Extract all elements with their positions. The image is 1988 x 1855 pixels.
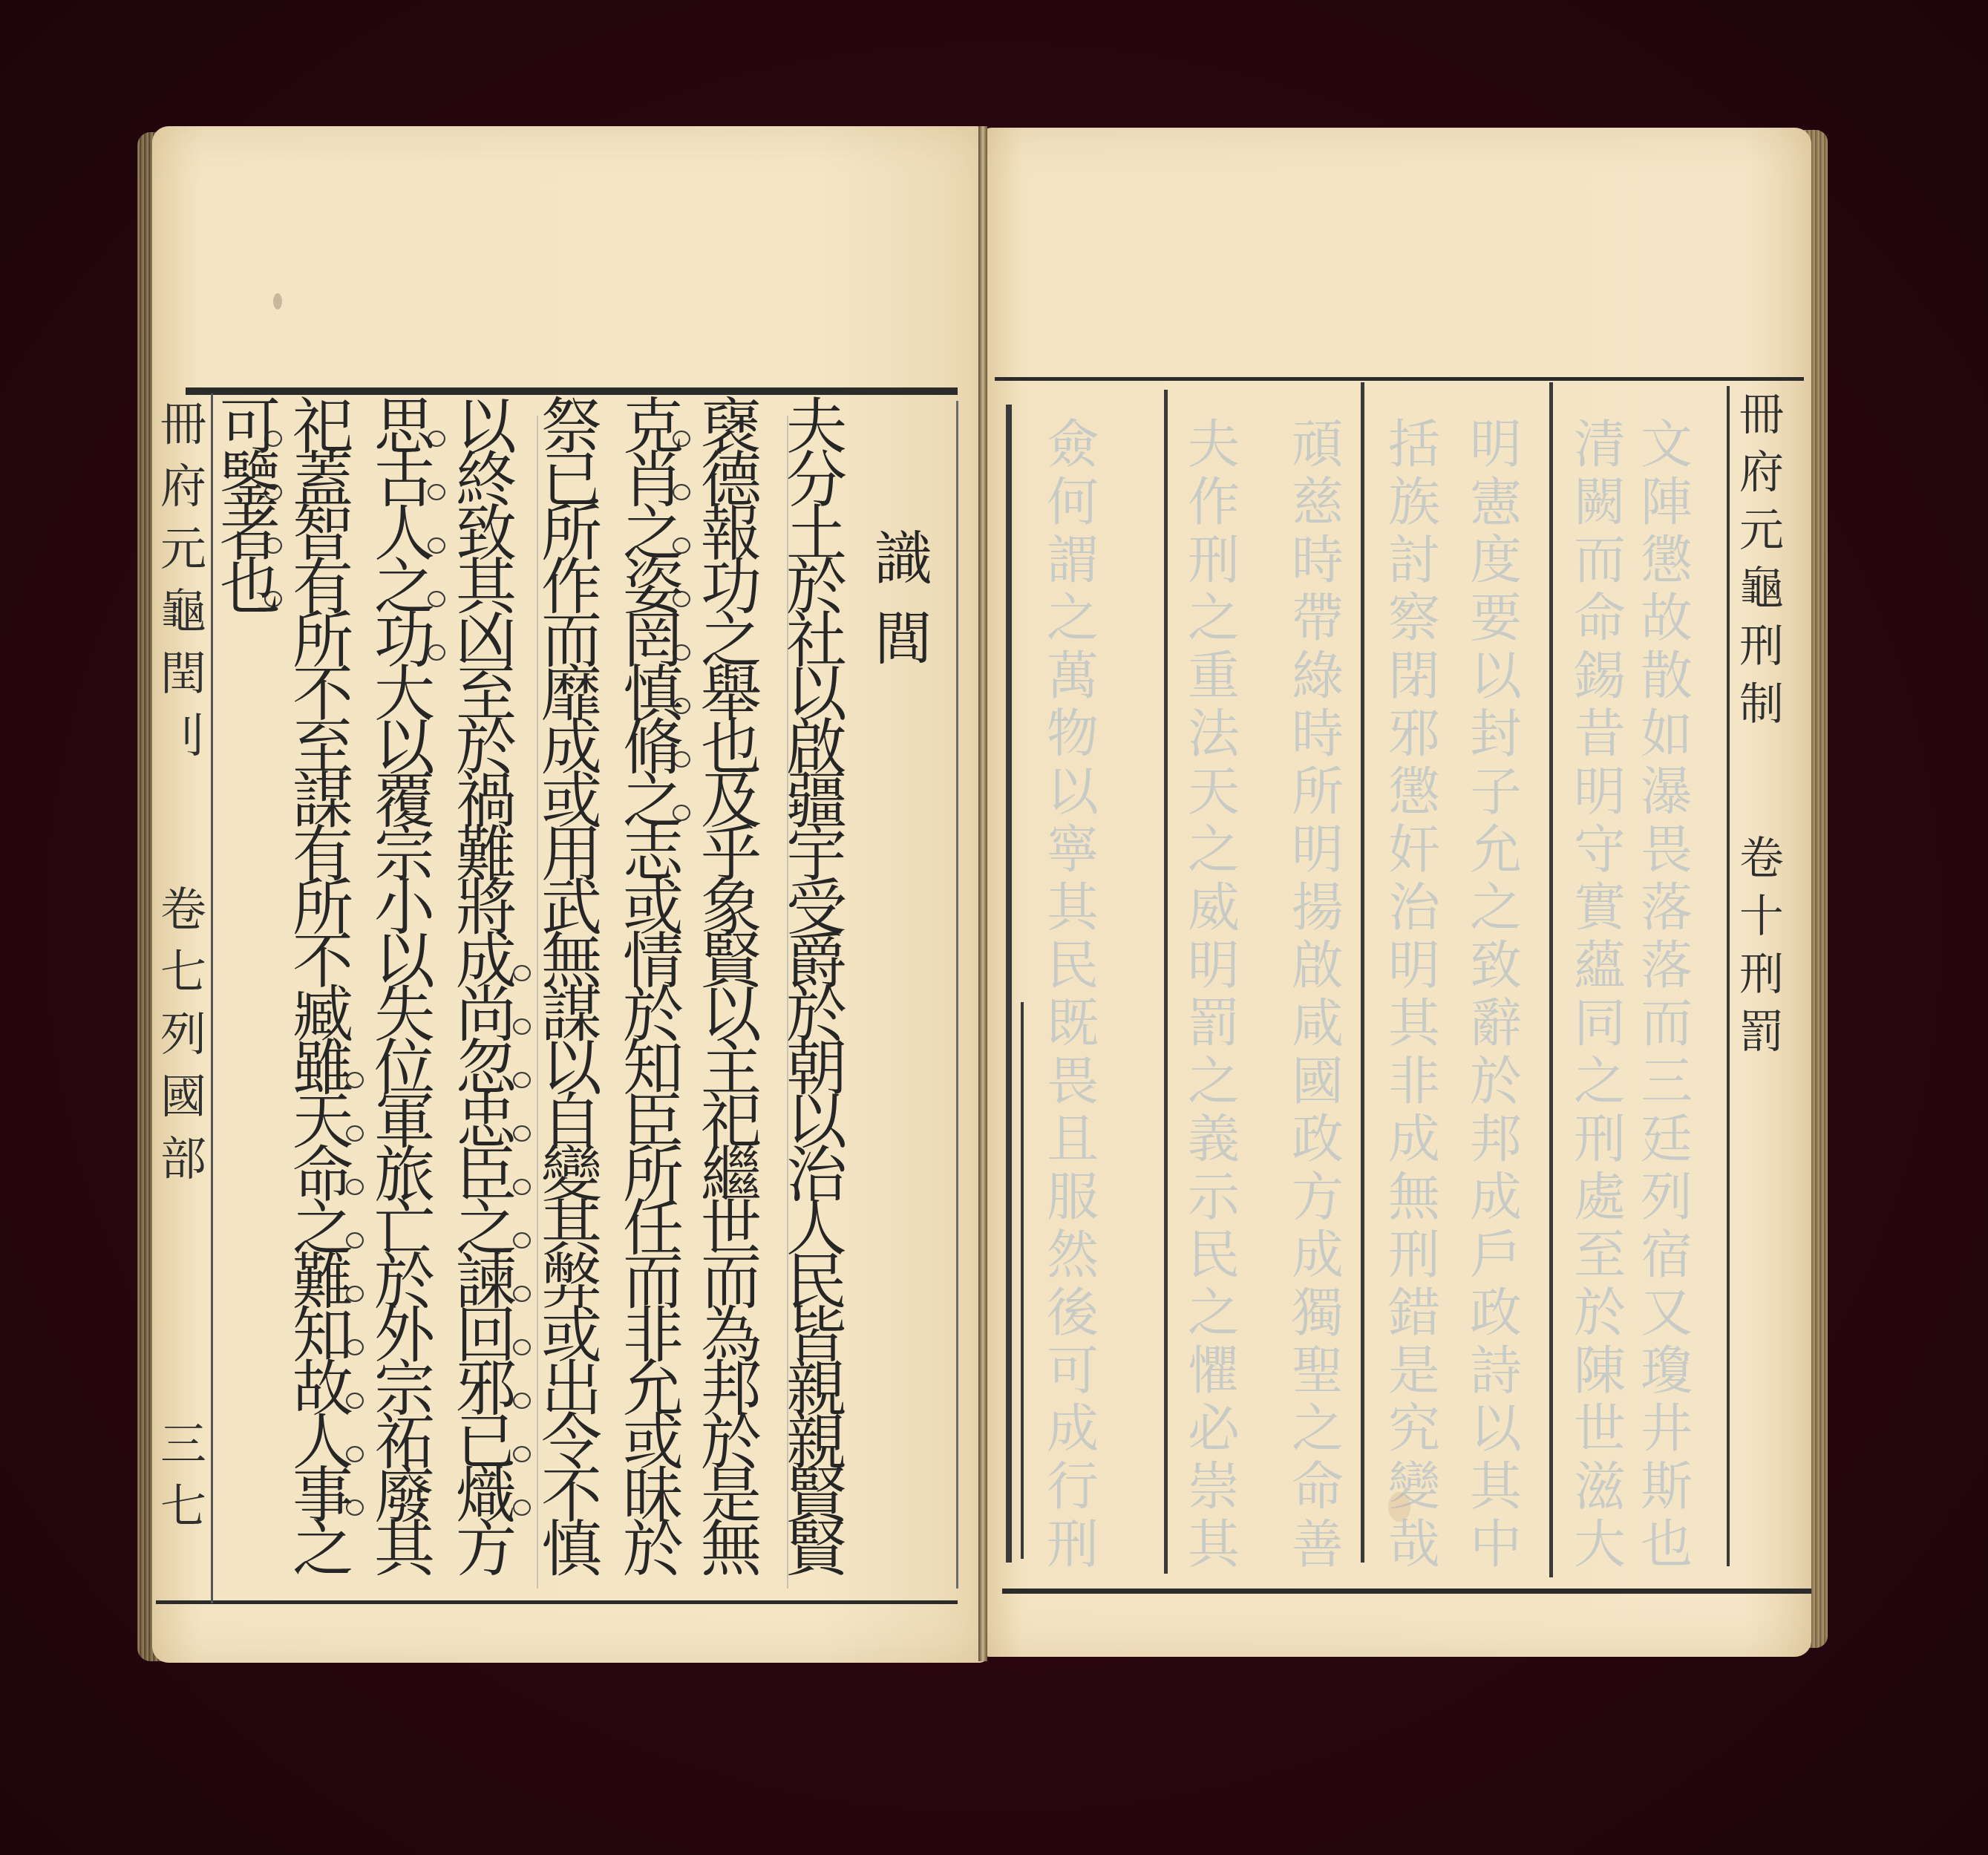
ghost-char: 至 (1566, 1226, 1633, 1284)
ghost-char: 非 (1381, 1053, 1448, 1110)
ghost-char: 度 (1462, 531, 1529, 589)
ghost-char: 寧 (1039, 821, 1106, 879)
ghost-char: 國 (1284, 1053, 1351, 1110)
ghost-char: 重 (1180, 647, 1247, 705)
ghost-char: 謂 (1039, 531, 1106, 589)
ghost-char: 畏 (1633, 821, 1700, 879)
ghost-char: 陣 (1633, 474, 1700, 531)
ghost-char: 其 (1039, 879, 1106, 937)
ghost-char: 憲 (1462, 474, 1529, 531)
heading-char: 識 (870, 520, 937, 600)
ghost-char: 成 (1039, 1400, 1106, 1458)
ghost-char: 之 (1180, 821, 1247, 879)
ghost-char: 哉 (1381, 1516, 1448, 1574)
ghost-char: 落 (1633, 879, 1700, 937)
ghost-char: 之 (1180, 1053, 1247, 1110)
ghost-char: 族 (1381, 474, 1448, 531)
right-column-rule (1006, 405, 1012, 1563)
left-column-rule (956, 401, 958, 1589)
ghost-char: 明 (1381, 937, 1448, 995)
ghost-char: 可 (1039, 1342, 1106, 1400)
margin-volume-char: 七 (157, 941, 209, 1004)
ghost-char: 大 (1566, 1516, 1633, 1574)
margin-section-char: 刑 (1737, 946, 1786, 1004)
ghost-char: 善 (1284, 1516, 1351, 1574)
ghost-char: 咸 (1284, 995, 1351, 1053)
ghost-char: 而 (1566, 531, 1633, 589)
text-column: 克肖之姿罔慎脩之志或情於知臣所任而非允或昧於 (620, 401, 687, 1577)
ghost-char: 畏 (1039, 1053, 1106, 1110)
margin-section-char: 部 (157, 1128, 209, 1191)
ghost-char: 邪 (1381, 705, 1448, 763)
text-char: 之 (290, 1523, 356, 1577)
right-column-rule (1164, 390, 1168, 1574)
paper-stain (1388, 1492, 1410, 1522)
ghost-char: 錫 (1566, 647, 1633, 705)
ghost-char: 其 (1381, 995, 1448, 1053)
ghost-char: 蘊 (1566, 937, 1633, 995)
ghost-char: 奸 (1381, 821, 1448, 879)
left-margin-rule (211, 393, 213, 1603)
ghost-char: 以 (1462, 647, 1529, 705)
ghost-char: 闕 (1566, 474, 1633, 531)
ghost-char: 刑 (1381, 1226, 1448, 1284)
ghost-char: 時 (1284, 705, 1351, 763)
bleed-through-column: 夫作刑之重法天之威明罰之義示民之懼必崇其 (1180, 416, 1247, 1574)
page-number-char: 七 (157, 1476, 209, 1538)
ghost-char: 於 (1566, 1284, 1633, 1342)
ghost-char: 夫 (1180, 416, 1247, 474)
ghost-char: 清 (1566, 416, 1633, 474)
ghost-char: 之 (1039, 589, 1106, 647)
ghost-char: 三 (1633, 1053, 1700, 1110)
right-column-rule (1021, 1002, 1024, 1559)
ghost-char: 瓊 (1633, 1342, 1700, 1400)
ghost-char: 同 (1566, 995, 1633, 1053)
ghost-char: 頑 (1284, 416, 1351, 474)
ghost-char: 所 (1284, 763, 1351, 821)
ghost-char: 之 (1180, 589, 1247, 647)
text-char: 其 (371, 1523, 438, 1577)
ghost-char: 法 (1180, 705, 1247, 763)
margin-title-char: 冊 (157, 393, 209, 456)
ghost-char: 如 (1633, 705, 1700, 763)
ghost-char: 命 (1566, 589, 1633, 647)
margin-volume-char: 卷 (1737, 830, 1786, 888)
left-frame-bottom (156, 1600, 958, 1604)
text-column: 以終致其凶至於禍難將成尚忽忠臣之諫回邪已熾方 (453, 401, 520, 1577)
margin-title-char: 龜 (1737, 560, 1786, 618)
bleed-through-column: 清闕而命錫昔明守實蘊同之刑處至於陳世滋大 (1566, 416, 1633, 1574)
ghost-char: 懼 (1180, 1342, 1247, 1400)
ghost-char: 然 (1039, 1226, 1106, 1284)
margin-title-char: 府 (157, 456, 209, 518)
ghost-char: 僉 (1039, 416, 1106, 474)
ghost-char: 滋 (1566, 1458, 1633, 1516)
ghost-char: 邦 (1462, 1110, 1529, 1168)
ghost-char: 井 (1633, 1400, 1700, 1458)
ghost-char: 帶 (1284, 589, 1351, 647)
ghost-char: 而 (1633, 995, 1700, 1053)
ghost-char: 刑 (1180, 531, 1247, 589)
ghost-char: 刑 (1039, 1516, 1106, 1574)
text-char: 賢 (783, 1523, 850, 1577)
ghost-char: 義 (1180, 1110, 1247, 1168)
ghost-char: 故 (1633, 589, 1700, 647)
margin-title-char: 元 (157, 518, 209, 580)
ghost-char: 明 (1462, 416, 1529, 474)
ghost-char: 致 (1462, 937, 1529, 995)
ghost-char: 其 (1462, 1458, 1529, 1516)
right-column-rule (1549, 382, 1553, 1577)
ghost-char: 落 (1633, 937, 1700, 995)
ghost-char: 明 (1180, 937, 1247, 995)
bleed-through-column: 頑慈時帶綠時所明揚啟咸國政方成獨聖之命善 (1284, 416, 1351, 1574)
section-heading: 識 閭 (870, 520, 937, 680)
ghost-char: 錯 (1381, 1284, 1448, 1342)
ghost-char: 括 (1381, 416, 1448, 474)
right-frame-top (995, 377, 1804, 381)
ghost-char: 世 (1566, 1400, 1633, 1458)
ghost-char: 無 (1381, 1168, 1448, 1226)
ghost-char: 於 (1462, 1053, 1529, 1110)
ghost-char: 實 (1566, 879, 1633, 937)
ghost-char: 揚 (1284, 879, 1351, 937)
ghost-char: 子 (1462, 763, 1529, 821)
ghost-char: 昔 (1566, 705, 1633, 763)
text-column: 可鑒者也 (217, 401, 284, 615)
text-column: 襃德報功之舉也及乎象賢以主祀繼世而為邦於是無 (698, 401, 765, 1577)
ghost-char: 其 (1180, 1516, 1247, 1574)
ghost-char: 綠 (1284, 647, 1351, 705)
page-number-char: 三 (157, 1413, 209, 1476)
bleed-through-column: 文陣懲故散如瀑畏落落而三廷列宿又瓊井斯也 (1633, 416, 1700, 1574)
text-char: 方 (453, 1523, 520, 1577)
book-gutter (978, 126, 987, 1661)
ghost-char: 以 (1039, 763, 1106, 821)
margin-section-char: 國 (157, 1066, 209, 1128)
margin-title-char: 龜 (157, 580, 209, 643)
ghost-char: 萬 (1039, 647, 1106, 705)
text-column: 思古人之功大以覆宗小以失位軍旅亡於外宗祏廢其 (371, 401, 438, 1577)
heading-char: 閭 (870, 600, 937, 680)
bleed-through-column: 明憲度要以封子允之致辭於邦成戶政詩以其中 (1462, 416, 1529, 1574)
ghost-char: 中 (1462, 1516, 1529, 1574)
margin-title-char: 制 (1737, 675, 1786, 733)
ghost-char: 命 (1284, 1458, 1351, 1516)
ghost-char: 行 (1039, 1458, 1106, 1516)
ghost-char: 明 (1284, 821, 1351, 879)
ghost-char: 之 (1462, 879, 1529, 937)
ghost-char: 詩 (1462, 1342, 1529, 1400)
margin-title-char: 刑 (1737, 618, 1786, 675)
ghost-char: 成 (1381, 1110, 1448, 1168)
ghost-char: 懲 (1381, 763, 1448, 821)
ghost-char: 也 (1633, 1516, 1700, 1574)
ghost-char: 威 (1180, 879, 1247, 937)
text-char: 於 (620, 1523, 687, 1577)
ghost-char: 之 (1180, 1284, 1247, 1342)
text-column: 祀蓋智有所不至謀有所不臧雖天命之難知故人事之 (290, 401, 356, 1577)
left-margin-column: 冊 府 元 龜 閏 刂 卷 七 列 國 部 三 七 (157, 393, 209, 1538)
right-column-rule (1361, 382, 1364, 1563)
bleed-through-column: 括族討察閉邪懲奸治明其非成無刑錯是究變哉 (1381, 416, 1448, 1574)
ghost-char: 廷 (1633, 1110, 1700, 1168)
ghost-char: 崇 (1180, 1458, 1247, 1516)
ghost-char: 察 (1381, 589, 1448, 647)
ghost-char: 物 (1039, 705, 1106, 763)
ghost-char: 守 (1566, 821, 1633, 879)
ghost-char: 陳 (1566, 1342, 1633, 1400)
ghost-char: 聖 (1284, 1342, 1351, 1400)
ghost-char: 要 (1462, 589, 1529, 647)
ghost-char: 瀑 (1633, 763, 1700, 821)
ghost-char: 是 (1381, 1342, 1448, 1400)
ghost-char: 治 (1381, 879, 1448, 937)
ghost-char: 戶 (1462, 1226, 1529, 1284)
ghost-char: 究 (1381, 1400, 1448, 1458)
text-char: 無 (698, 1523, 765, 1577)
ghost-char: 列 (1633, 1168, 1700, 1226)
ghost-char: 天 (1180, 763, 1247, 821)
ghost-char: 後 (1039, 1284, 1106, 1342)
ghost-char: 之 (1284, 1400, 1351, 1458)
ghost-char: 民 (1180, 1226, 1247, 1284)
ghost-char: 民 (1039, 937, 1106, 995)
text-char: 也 (217, 561, 284, 615)
ghost-char: 必 (1180, 1400, 1247, 1458)
ghost-char: 宿 (1633, 1226, 1700, 1284)
ghost-char: 辭 (1462, 995, 1529, 1053)
ghost-char: 獨 (1284, 1284, 1351, 1342)
margin-title-char: 閏 (157, 643, 209, 705)
text-char: 慎 (538, 1523, 605, 1577)
right-column-rule (1727, 386, 1730, 1566)
ghost-char: 時 (1284, 531, 1351, 589)
ghost-char: 封 (1462, 705, 1529, 763)
ghost-char: 斯 (1633, 1458, 1700, 1516)
margin-section-char: 列 (157, 1004, 209, 1066)
ghost-char: 作 (1180, 474, 1247, 531)
ghost-char: 散 (1633, 647, 1700, 705)
ghost-char: 且 (1039, 1110, 1106, 1168)
margin-title-char: 府 (1737, 444, 1786, 502)
margin-section-char: 罰 (1737, 1004, 1786, 1061)
ghost-char: 何 (1039, 474, 1106, 531)
right-frame-bottom (1002, 1589, 1811, 1594)
ghost-char: 討 (1381, 531, 1448, 589)
bleed-through-column: 僉何謂之萬物以寧其民既畏且服然後可成行刑 (1039, 416, 1106, 1574)
ghost-char: 閉 (1381, 647, 1448, 705)
ghost-char: 懲 (1633, 531, 1700, 589)
ghost-char: 示 (1180, 1168, 1247, 1226)
ghost-char: 處 (1566, 1168, 1633, 1226)
ghost-char: 文 (1633, 416, 1700, 474)
ghost-char: 明 (1566, 763, 1633, 821)
ghost-char: 之 (1566, 1053, 1633, 1110)
text-column: 祭已所作而靡成或用武無謀以自變其弊或出令不慎 (538, 401, 605, 1577)
ghost-char: 啟 (1284, 937, 1351, 995)
margin-volume-char: 十 (1737, 888, 1786, 946)
text-column: 夫分土於社以啟疆宇受爵於朝以治人民皆親親賢賢 (783, 401, 850, 1577)
ghost-char: 又 (1633, 1284, 1700, 1342)
ghost-char: 政 (1284, 1110, 1351, 1168)
ghost-char: 罰 (1180, 995, 1247, 1053)
ghost-char: 政 (1462, 1284, 1529, 1342)
ghost-char: 刑 (1566, 1110, 1633, 1168)
ghost-char: 以 (1462, 1400, 1529, 1458)
ghost-char: 服 (1039, 1168, 1106, 1226)
ghost-char: 慈 (1284, 474, 1351, 531)
margin-title-char: 元 (1737, 502, 1786, 560)
ghost-char: 方 (1284, 1168, 1351, 1226)
right-margin-column: 冊 府 元 龜 刑 制 卷 十 刑 罰 (1737, 386, 1786, 1061)
ghost-char: 成 (1462, 1168, 1529, 1226)
margin-title-char: 刂 (157, 705, 209, 768)
ghost-char: 允 (1462, 821, 1529, 879)
margin-volume-char: 卷 (157, 879, 209, 941)
margin-title-char: 冊 (1737, 386, 1786, 444)
ghost-char: 既 (1039, 995, 1106, 1053)
ghost-char: 成 (1284, 1226, 1351, 1284)
paper-stain (273, 293, 282, 310)
